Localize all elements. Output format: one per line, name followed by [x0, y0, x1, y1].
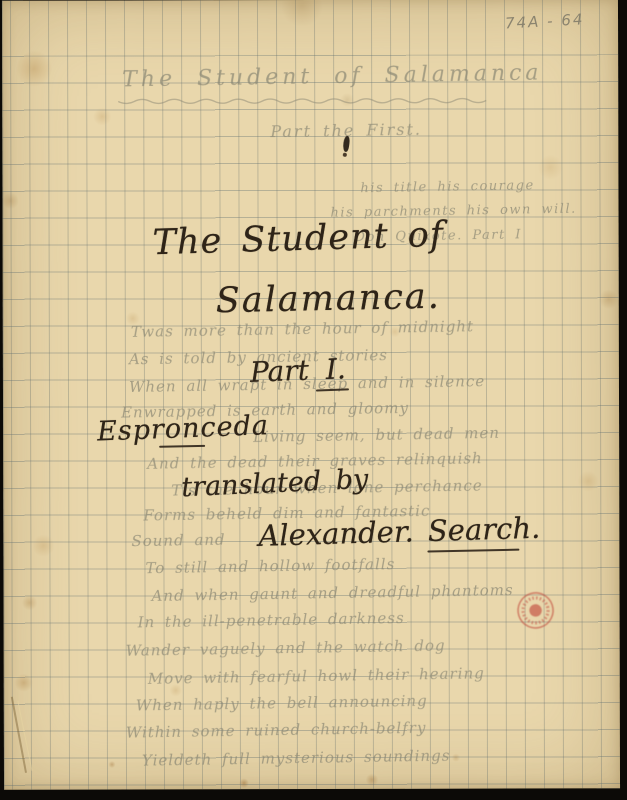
- part-underline: [316, 388, 349, 391]
- part-label: Part I.: [249, 352, 346, 389]
- byline: translated by: [181, 464, 369, 504]
- title-line-2: Salamanca.: [215, 277, 441, 322]
- manuscript-page: The Student of SalamancaPart the First.h…: [2, 0, 620, 790]
- red-library-stamp-icon: [512, 586, 560, 634]
- ink-layer: The Student of Salamanca. Part I. Espron…: [2, 0, 620, 790]
- author-underline: [159, 445, 205, 448]
- translator-name: Alexander. Search.: [258, 511, 541, 553]
- translator-underline: [427, 549, 519, 553]
- title-line-1: The Student of: [152, 215, 444, 263]
- author-name: Espronceda: [97, 410, 270, 447]
